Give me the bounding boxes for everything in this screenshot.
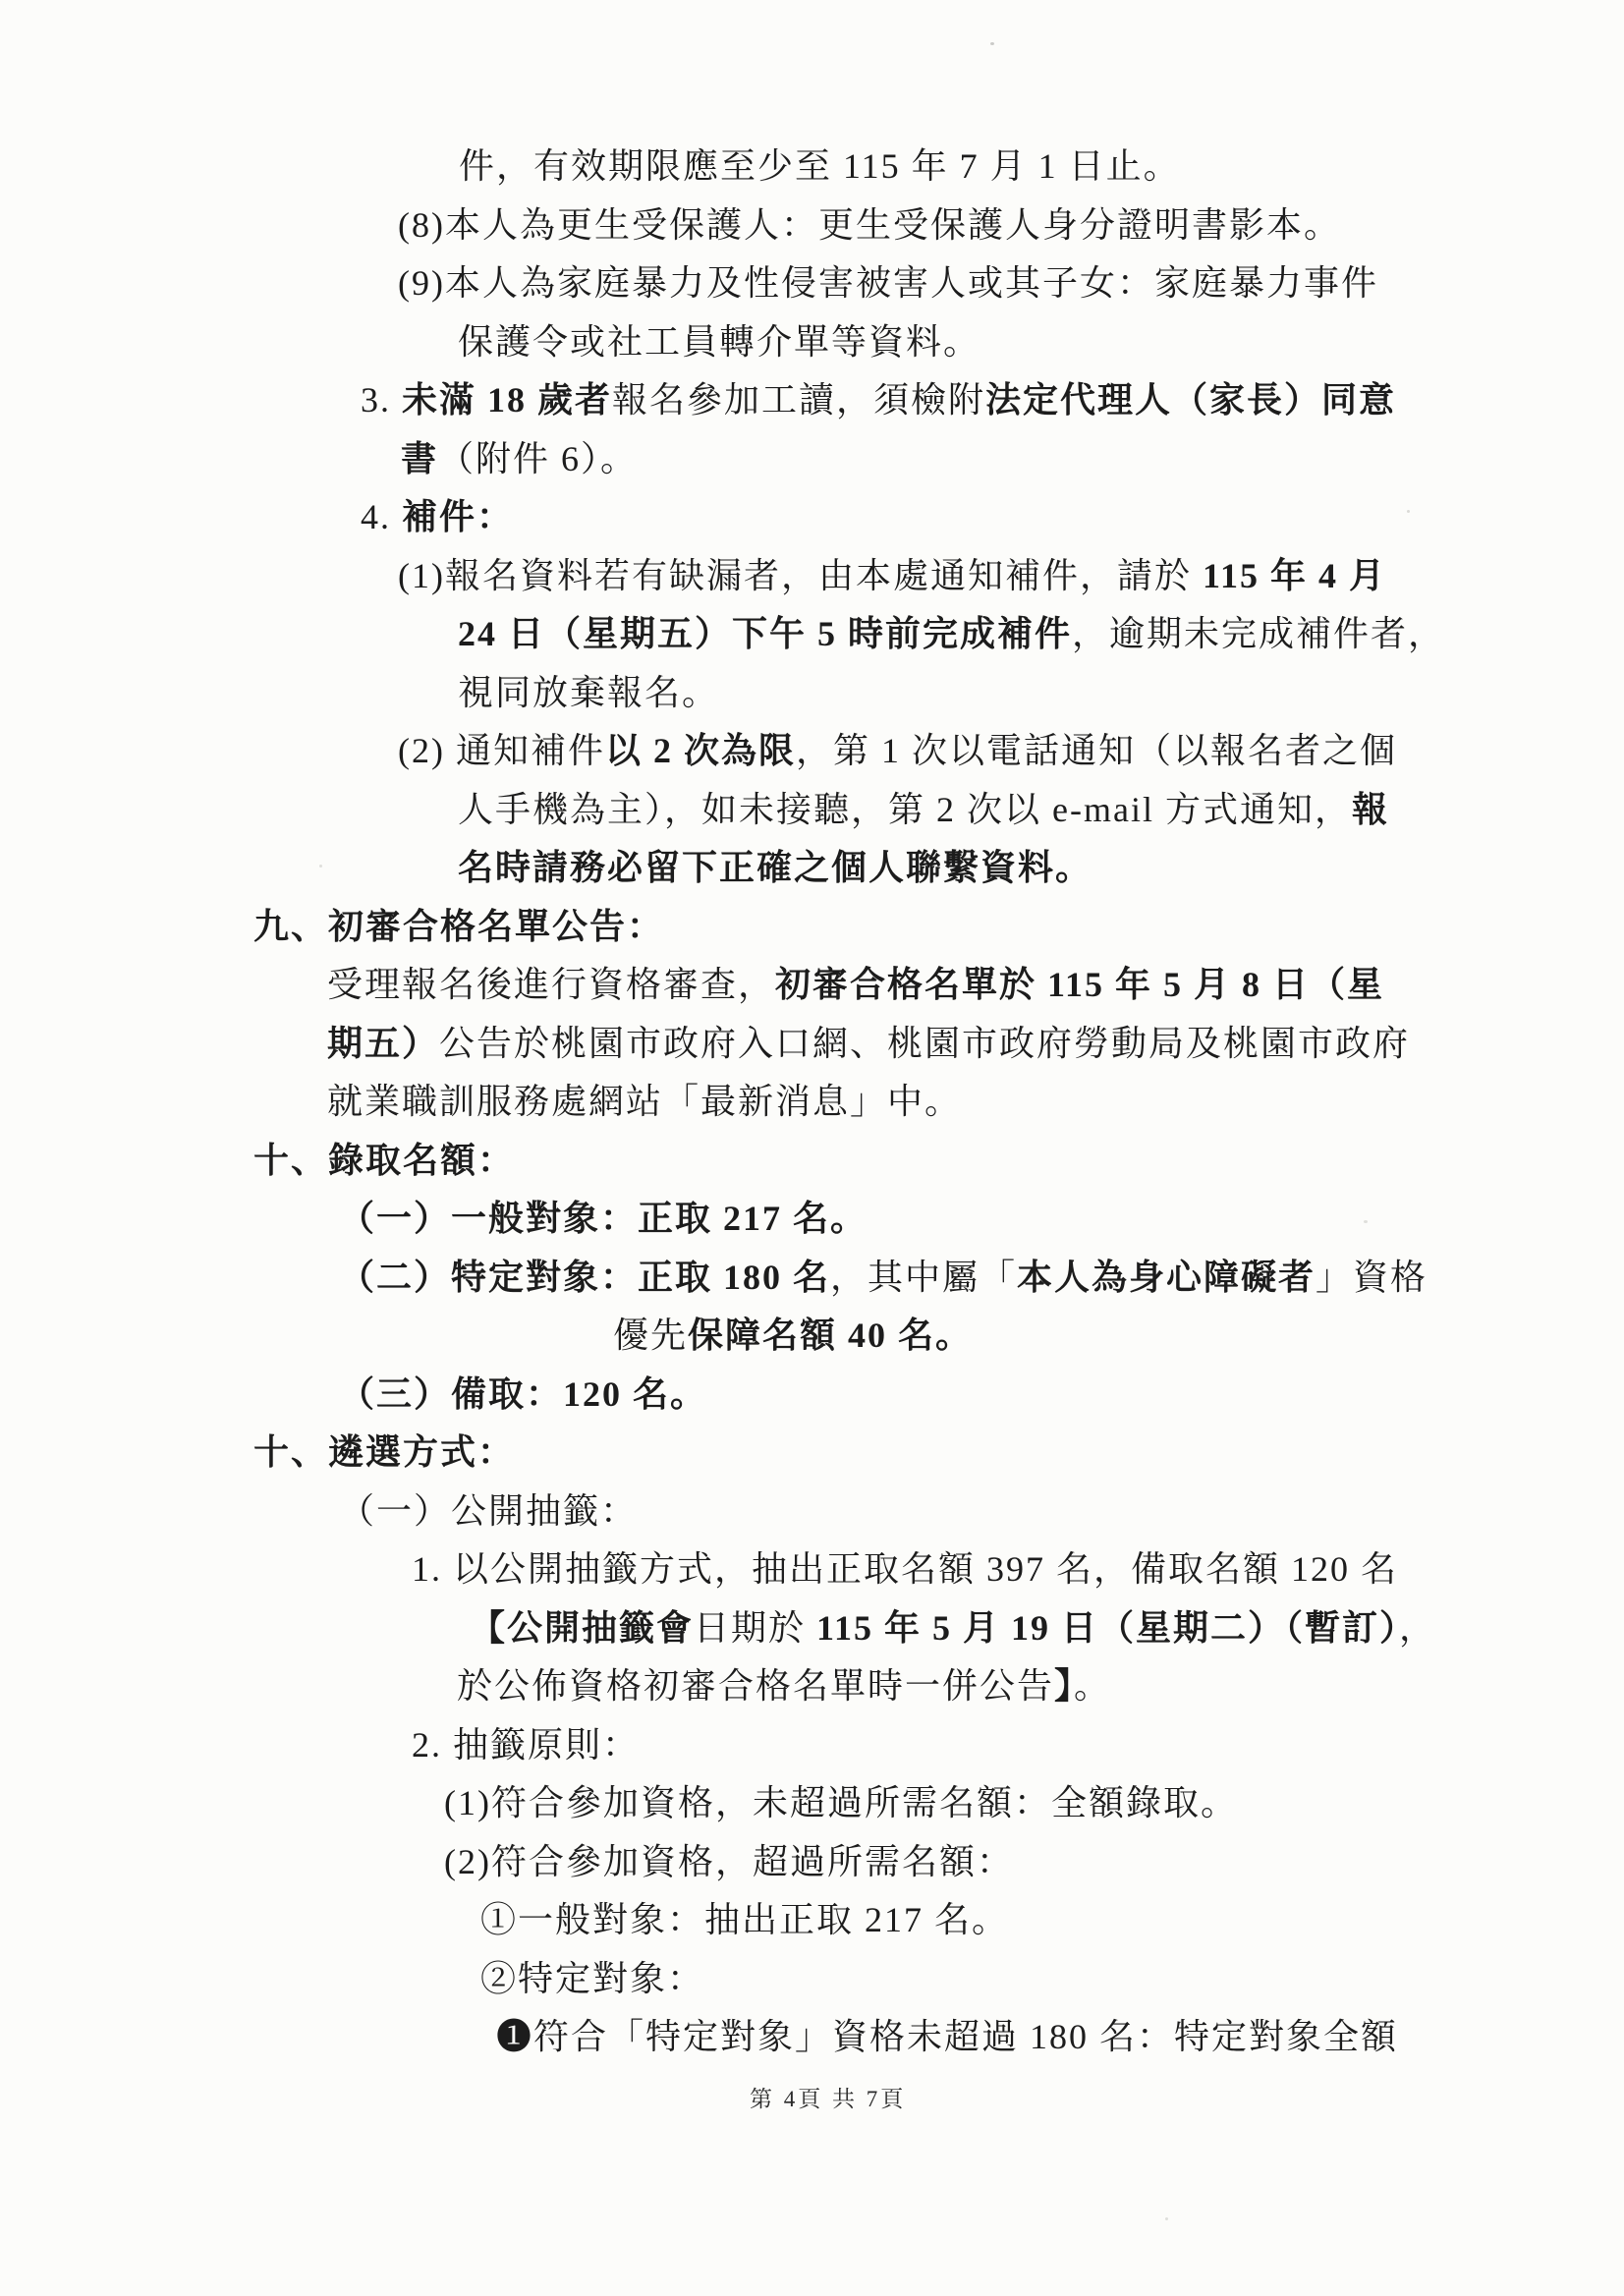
scan-speck (1165, 2217, 1168, 2220)
scanned-document-page: 件，有效期限應至少至 115 年 7 月 1 日止。(8)本人為更生受保護人：更… (0, 0, 1624, 2296)
bold-text-segment: 名時請務必留下正確之個人聯繫資料。 (458, 848, 1092, 887)
text-line: 就業職訓服務處網站「最新消息」中。 (327, 1073, 1624, 1132)
bold-text-segment: 本人為身心障礙者 (1017, 1258, 1316, 1297)
text-segment: ②特定對象： (480, 1959, 704, 1998)
text-segment: (1)符合參加資格，未超過所需名額：全額錄取。 (444, 1783, 1238, 1822)
bold-text-segment: 【公開抽籤會 (470, 1608, 694, 1648)
scan-speck (319, 865, 322, 868)
bold-text-segment: 未滿 18 歲者 (402, 380, 612, 420)
bold-text-segment: 十、錄取名額： (253, 1141, 515, 1180)
document-body: 件，有效期限應至少至 115 年 7 月 1 日止。(8)本人為更生受保護人：更… (0, 138, 1624, 2067)
text-segment: 受理報名後進行資格審查， (327, 965, 775, 1004)
text-line: 1. 以公開抽籤方式，抽出正取名額 397 名，備取名額 120 名 (412, 1540, 1624, 1599)
text-segment: 視同放棄報名。 (458, 673, 719, 712)
text-segment: 件，有效期限應至少至 115 年 7 月 1 日止。 (459, 146, 1181, 186)
bold-text-segment: 115 年 5 月 19 日（星期二）（暫訂） (816, 1608, 1399, 1648)
bold-text-segment: 期五） (327, 1024, 439, 1063)
text-line: （一）一般對象：正取 217 名。 (339, 1190, 1624, 1249)
text-segment: (1)報名資料若有缺漏者，由本處通知補件，請於 (398, 556, 1203, 595)
text-line: 名時請務必留下正確之個人聯繫資料。 (458, 839, 1624, 898)
bold-text-segment: 】 (1054, 1666, 1074, 1706)
bold-text-segment: 十、遴選方式： (253, 1432, 515, 1472)
bold-text-segment: 24 日（星期五）下午 5 時前完成補件 (458, 614, 1072, 653)
text-segment: ，其中屬「 (830, 1258, 1017, 1297)
text-segment: (8)本人為更生受保護人：更生受保護人身分證明書影本。 (398, 205, 1341, 245)
text-line: (9)本人為家庭暴力及性侵害被害人或其子女：家庭暴力事件 (398, 254, 1624, 313)
text-line: 期五）公告於桃園市政府入口網、桃園市政府勞動局及桃園市政府 (327, 1015, 1624, 1074)
text-line: (1)報名資料若有缺漏者，由本處通知補件，請於 115 年 4 月 (398, 547, 1624, 606)
text-segment: 。 (1074, 1666, 1111, 1706)
text-line: (2)符合參加資格，超過所需名額： (444, 1833, 1624, 1892)
text-line: ②特定對象： (480, 1950, 1624, 2009)
text-line: ①一般對象：抽出正取 217 名。 (480, 1891, 1624, 1950)
text-line: 九、初審合格名單公告： (253, 898, 1624, 957)
text-segment: 報名參加工讀，須檢附 (612, 380, 985, 420)
text-segment: 於公佈資格初審合格名單時一併公告 (457, 1666, 1054, 1706)
scan-speck (1364, 1220, 1368, 1223)
bold-text-segment: 九、初審合格名單公告： (253, 907, 664, 946)
text-line: 2. 抽籤原則： (412, 1716, 1624, 1775)
bold-text-segment: 保障名額 40 名。 (688, 1316, 973, 1355)
bold-text-segment: （二）特定對象：正取 180 名 (339, 1258, 830, 1297)
text-line: 件，有效期限應至少至 115 年 7 月 1 日止。 (459, 138, 1624, 196)
text-line: 受理報名後進行資格審查，初審合格名單於 115 年 5 月 8 日（星 (327, 956, 1624, 1015)
text-segment: 日期於 (694, 1608, 816, 1648)
bold-text-segment: 法定代理人（家長）同意 (985, 380, 1396, 420)
text-line: 人手機為主），如未接聽，第 2 次以 e-mail 方式通知，報 (458, 781, 1624, 840)
text-segment: 4. (361, 497, 402, 536)
text-segment: 保護令或社工員轉介單等資料。 (458, 322, 980, 362)
text-line: （三）備取：120 名。 (339, 1366, 1624, 1425)
bold-text-segment: 以 2 次為限 (605, 731, 796, 770)
bold-text-segment: 書 (401, 439, 438, 478)
text-line: 優先保障名額 40 名。 (613, 1307, 1624, 1366)
text-line: (8)本人為更生受保護人：更生受保護人身分證明書影本。 (398, 196, 1624, 255)
text-line: 十、遴選方式： (253, 1424, 1624, 1483)
text-segment: (9)本人為家庭暴力及性侵害被害人或其子女：家庭暴力事件 (398, 263, 1378, 303)
text-segment: （一）公開抽籤： (339, 1491, 638, 1531)
text-segment: ， (1399, 1608, 1436, 1648)
text-line: 書（附件 6）。 (401, 430, 1624, 489)
text-line: 24 日（星期五）下午 5 時前完成補件，逾期未完成補件者， (458, 605, 1624, 664)
bold-text-segment: 初審合格名單於 115 年 5 月 8 日（星 (775, 965, 1384, 1004)
scan-speck (1407, 510, 1410, 513)
bold-text-segment: 115 年 4 月 (1203, 556, 1386, 595)
text-line: 4. 補件： (361, 488, 1624, 547)
bold-text-segment: 報 (1352, 790, 1389, 829)
text-line: 3. 未滿 18 歲者報名參加工讀，須檢附法定代理人（家長）同意 (361, 371, 1624, 430)
text-line: (1)符合參加資格，未超過所需名額：全額錄取。 (444, 1774, 1624, 1833)
text-segment: (2) 通知補件 (398, 731, 605, 770)
text-segment: 公告於桃園市政府入口網、桃園市政府勞動局及桃園市政府 (439, 1024, 1410, 1063)
text-segment: 就業職訓服務處網站「最新消息」中。 (327, 1082, 962, 1121)
text-line: 【公開抽籤會日期於 115 年 5 月 19 日（星期二）（暫訂）， (470, 1599, 1624, 1658)
text-segment: 」資格 (1316, 1258, 1428, 1297)
text-line: （二）特定對象：正取 180 名，其中屬「本人為身心障礙者」資格 (339, 1249, 1624, 1308)
text-line: 視同放棄報名。 (458, 664, 1624, 723)
text-segment: ，逾期未完成補件者， (1072, 614, 1445, 653)
text-segment: （附件 6）。 (438, 439, 638, 478)
scan-speck (990, 42, 994, 45)
bold-text-segment: 補件： (402, 497, 514, 536)
text-line: 十、錄取名額： (253, 1132, 1624, 1191)
bold-text-segment: （一）一般對象：正取 217 名。 (339, 1199, 868, 1238)
text-segment: 人手機為主），如未接聽，第 2 次以 e-mail 方式通知， (458, 790, 1352, 829)
text-line: （一）公開抽籤： (339, 1483, 1624, 1541)
text-segment: ，第 1 次以電話通知（以報名者之個 (796, 731, 1397, 770)
text-segment: 3. (361, 380, 402, 420)
bold-text-segment: （三）備取：120 名。 (339, 1374, 707, 1414)
text-segment: ①一般對象：抽出正取 217 名。 (480, 1900, 1009, 1939)
text-line: 於公佈資格初審合格名單時一併公告】。 (457, 1657, 1624, 1716)
text-segment: (2)符合參加資格，超過所需名額： (444, 1842, 1014, 1881)
page-number-footer: 第 4頁 共 7頁 (750, 2081, 906, 2113)
text-line: (2) 通知補件以 2 次為限，第 1 次以電話通知（以報名者之個 (398, 722, 1624, 781)
text-segment: ❶符合「特定對象」資格未超過 180 名：特定對象全額 (496, 2017, 1398, 2056)
text-line: 保護令或社工員轉介單等資料。 (458, 313, 1624, 372)
text-segment: 2. 抽籤原則： (412, 1725, 640, 1764)
text-segment: 優先 (613, 1316, 688, 1355)
text-line: ❶符合「特定對象」資格未超過 180 名：特定對象全額 (496, 2008, 1624, 2067)
text-segment: 1. 以公開抽籤方式，抽出正取名額 397 名，備取名額 120 名 (412, 1549, 1398, 1589)
